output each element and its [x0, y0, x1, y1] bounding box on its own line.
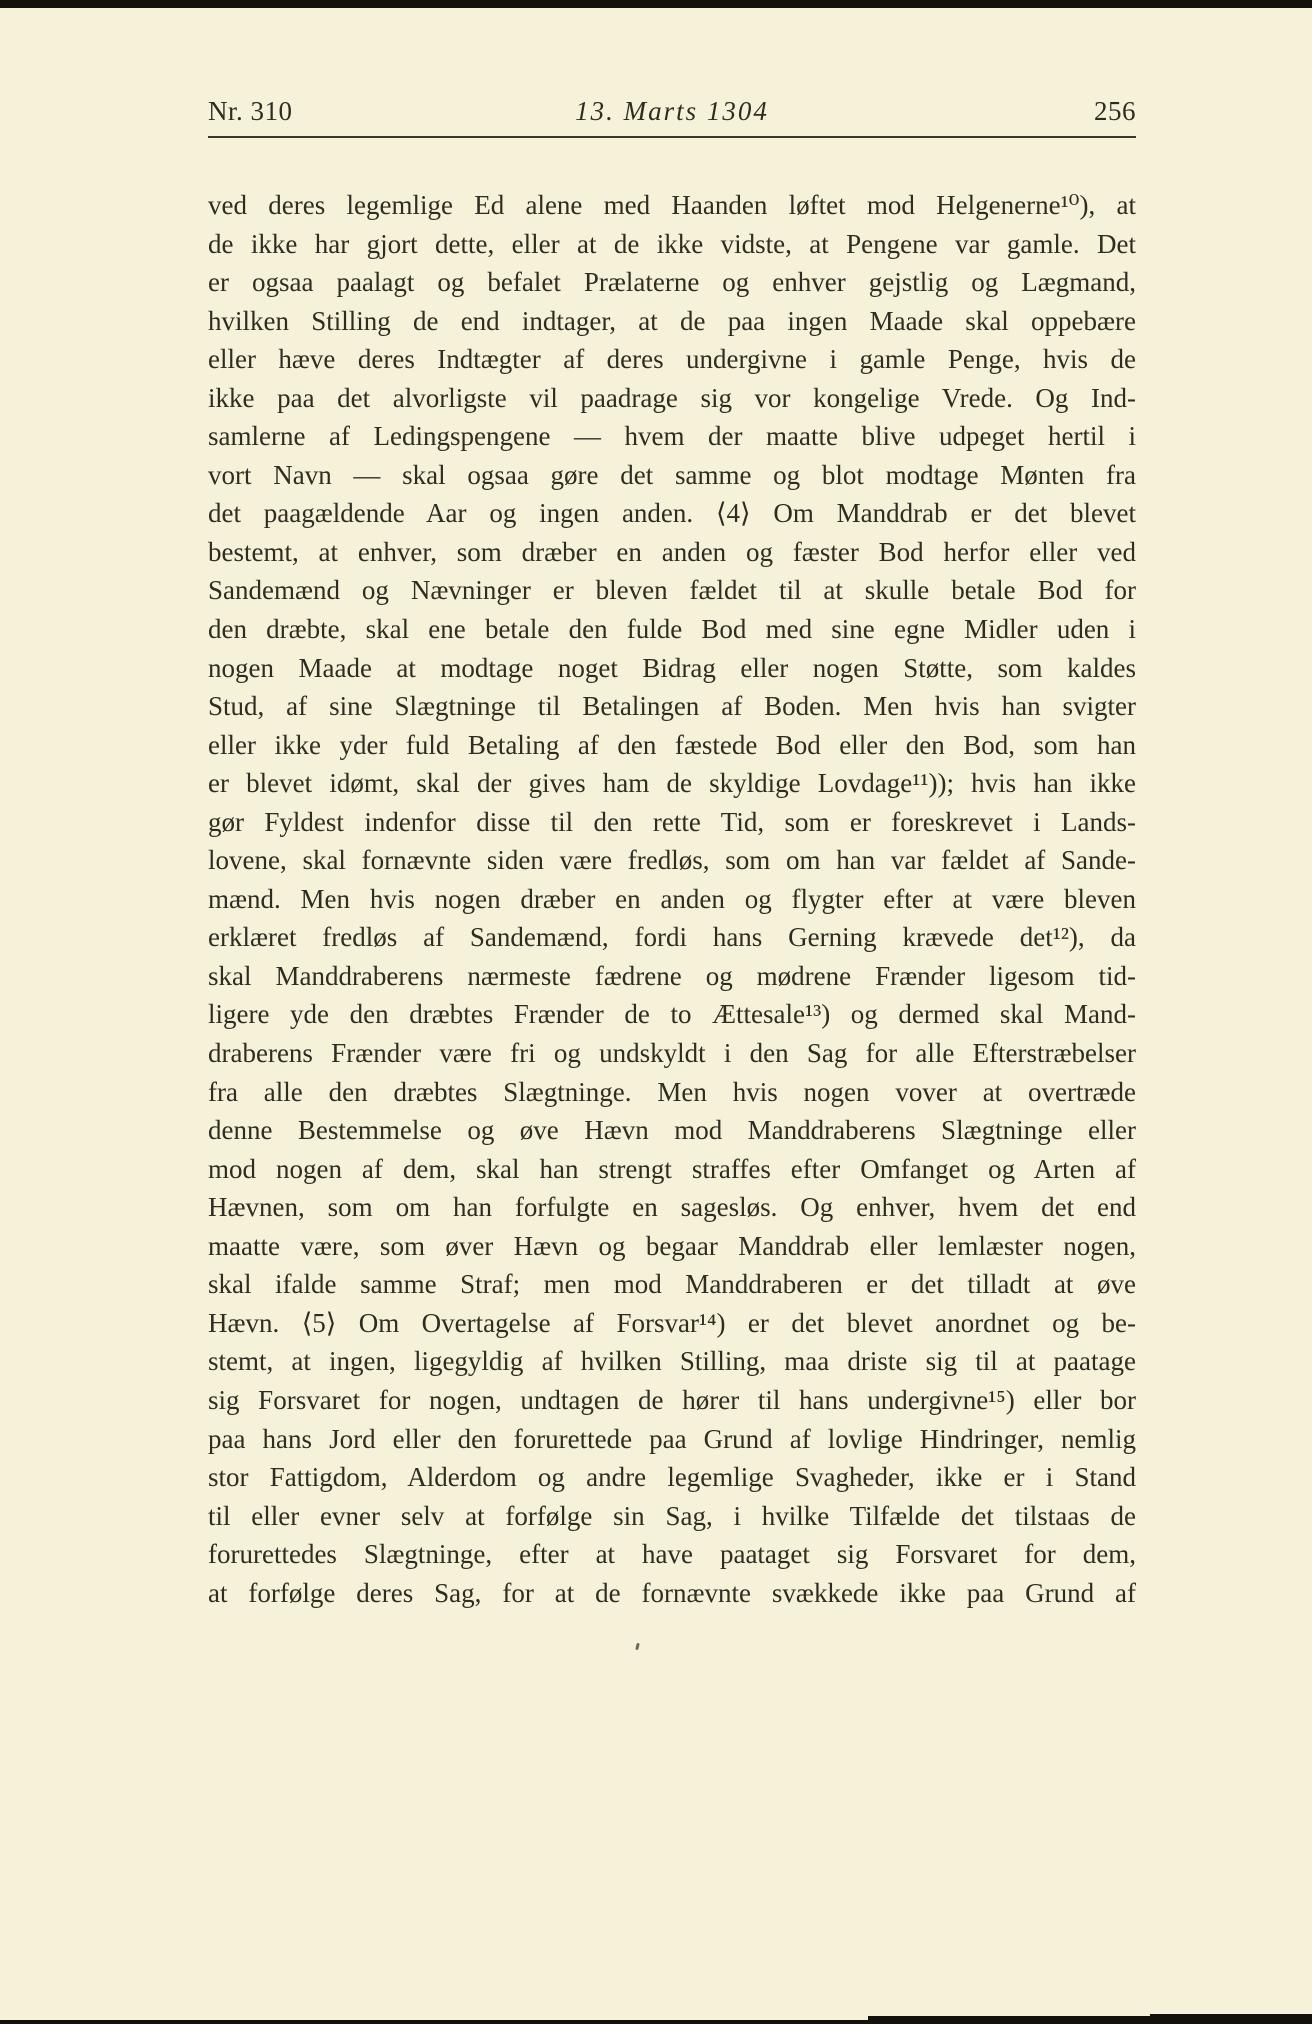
- document-number: Nr. 310: [208, 96, 428, 127]
- text-line: ligere yde den dræbtes Frænder de to Ætt…: [208, 995, 1136, 1034]
- scanned-book-page: Nr. 310 13. Marts 1304 256 ved deres leg…: [0, 0, 1312, 2024]
- text-line: bestemt, at enhver, som dræber en anden …: [208, 533, 1136, 572]
- text-line: Hævn. ⟨5⟩ Om Overtagelse af Forsvar¹⁴) e…: [208, 1304, 1136, 1343]
- text-line: mod nogen af dem, skal han strengt straf…: [208, 1150, 1136, 1189]
- text-line: til eller evner selv at forfølge sin Sag…: [208, 1497, 1136, 1536]
- document-date: 13. Marts 1304: [428, 96, 916, 127]
- body-text: ved deres legemlige Ed alene med Haanden…: [208, 186, 1136, 1612]
- text-line: det paagældende Aar og ingen anden. ⟨4⟩ …: [208, 494, 1136, 533]
- text-line: sig Forsvaret for nogen, undtagen de hør…: [208, 1381, 1136, 1420]
- text-line: er blevet idømt, skal der gives ham de s…: [208, 764, 1136, 803]
- text-line: stor Fattigdom, Alderdom og andre legeml…: [208, 1458, 1136, 1497]
- running-header: Nr. 310 13. Marts 1304 256: [208, 96, 1136, 127]
- text-line: mænd. Men hvis nogen dræber en anden og …: [208, 880, 1136, 919]
- scan-edge-bottom-right: [1150, 2014, 1312, 2024]
- text-line: paa hans Jord eller den forurettede paa …: [208, 1420, 1136, 1459]
- text-line: fra alle den dræbtes Slægtninge. Men hvi…: [208, 1073, 1136, 1112]
- text-line: den dræbte, skal ene betale den fulde Bo…: [208, 610, 1136, 649]
- text-line: Sandemænd og Nævninger er bleven fældet …: [208, 571, 1136, 610]
- text-line: skal ifalde samme Straf; men mod Manddra…: [208, 1265, 1136, 1304]
- text-line: at forfølge deres Sag, for at de fornævn…: [208, 1574, 1136, 1613]
- header-rule: [208, 136, 1136, 138]
- text-line: eller ikke yder fuld Betaling af den fæs…: [208, 726, 1136, 765]
- text-line: ikke paa det alvorligste vil paadrage si…: [208, 379, 1136, 418]
- text-line: erklæret fredløs af Sandemænd, fordi han…: [208, 918, 1136, 957]
- text-line: er ogsaa paalagt og befalet Prælaterne o…: [208, 263, 1136, 302]
- scan-speck: [635, 1643, 640, 1651]
- text-line: eller hæve deres Indtægter af deres unde…: [208, 340, 1136, 379]
- text-line: vort Navn — skal ogsaa gøre det samme og…: [208, 456, 1136, 495]
- text-line: skal Manddraberens nærmeste fædrene og m…: [208, 957, 1136, 996]
- scan-edge-top: [0, 0, 1312, 8]
- text-line: maatte være, som øver Hævn og begaar Man…: [208, 1227, 1136, 1266]
- text-line: hvilken Stilling de end indtager, at de …: [208, 302, 1136, 341]
- text-line: Hævnen, som om han forfulgte en sagesløs…: [208, 1188, 1136, 1227]
- text-line: stemt, at ingen, ligegyldig af hvilken S…: [208, 1342, 1136, 1381]
- text-line: gør Fyldest indenfor disse til den rette…: [208, 803, 1136, 842]
- text-line: nogen Maade at modtage noget Bidrag elle…: [208, 649, 1136, 688]
- scan-edge-bottom-left: [0, 2020, 868, 2024]
- text-line: samlerne af Ledingspengene — hvem der ma…: [208, 417, 1136, 456]
- scan-edge-bottom-mid: [868, 2016, 1150, 2024]
- text-line: draberens Frænder være fri og undskyldt …: [208, 1034, 1136, 1073]
- text-line: forurettedes Slægtninge, efter at have p…: [208, 1535, 1136, 1574]
- text-line: denne Bestemmelse og øve Hævn mod Manddr…: [208, 1111, 1136, 1150]
- page-number: 256: [916, 96, 1136, 127]
- text-line: Stud, af sine Slægtninge til Betalingen …: [208, 687, 1136, 726]
- text-line: ved deres legemlige Ed alene med Haanden…: [208, 186, 1136, 225]
- text-line: de ikke har gjort dette, eller at de ikk…: [208, 225, 1136, 264]
- text-line: lovene, skal fornævnte siden være fredlø…: [208, 841, 1136, 880]
